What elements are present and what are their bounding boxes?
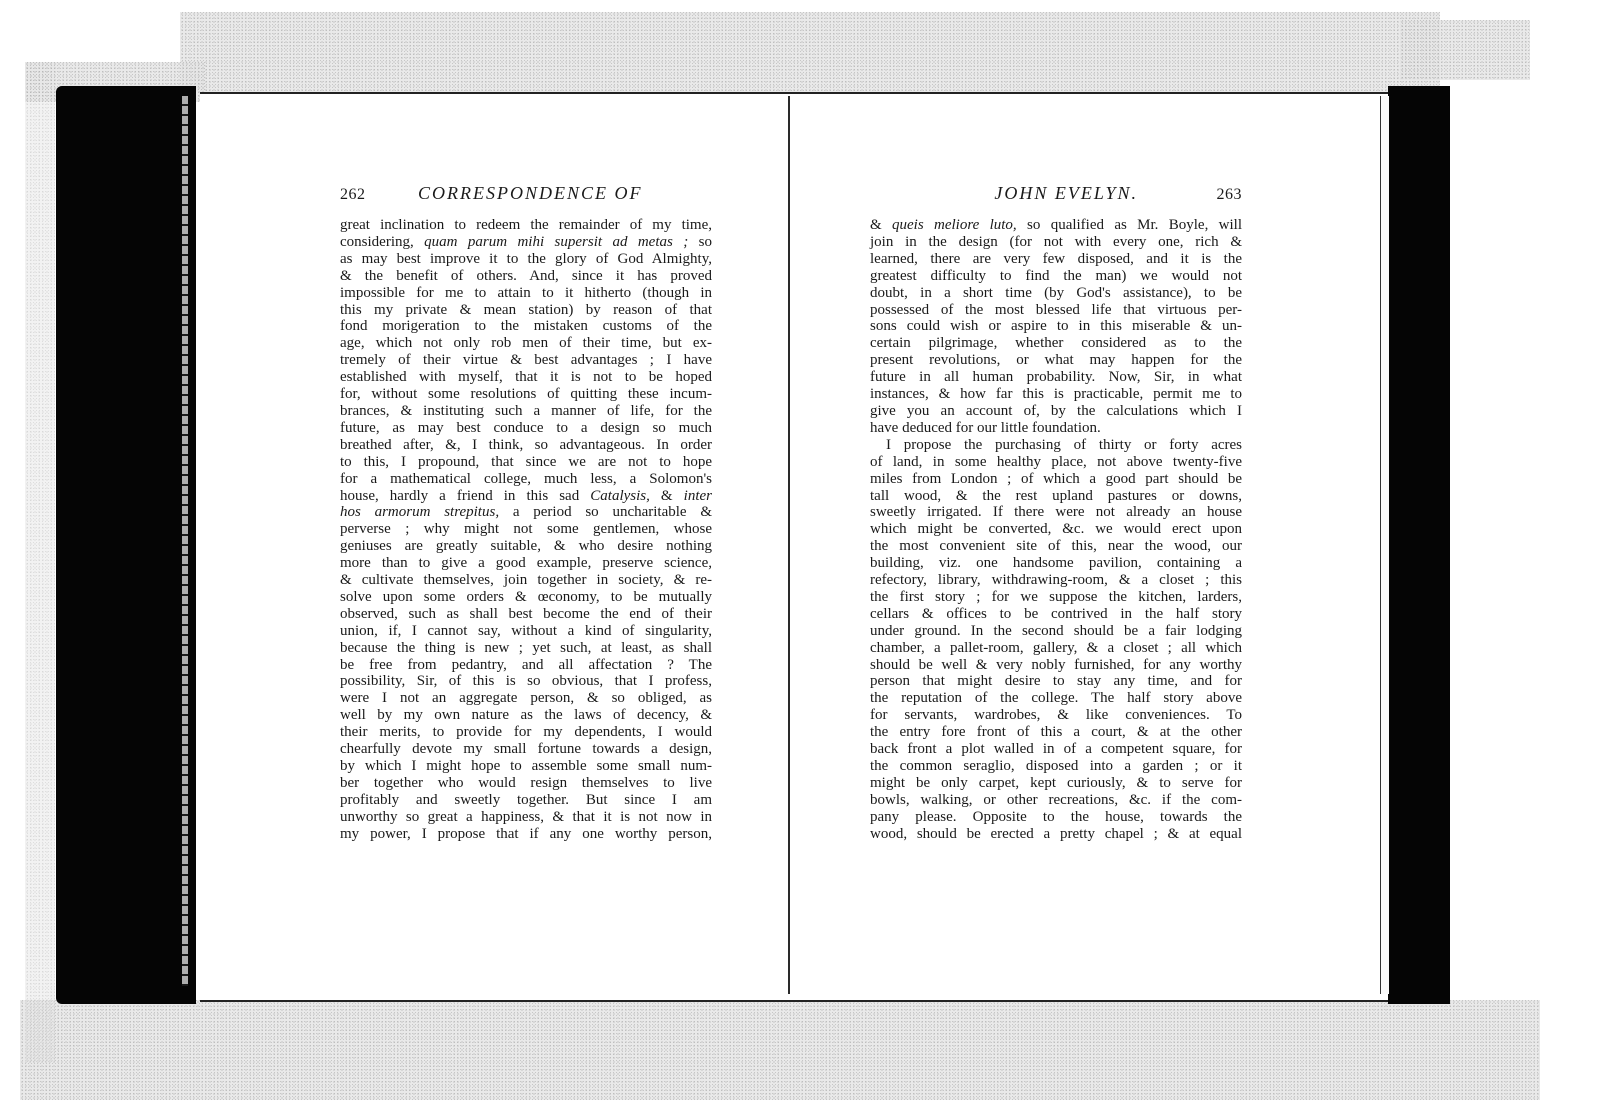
text-line: the reputation of the college. The half … [870, 690, 1242, 707]
text-line: solve upon some orders & œconomy, to be … [340, 589, 712, 606]
text-line: more than to give a good example, preser… [340, 555, 712, 572]
scan-background-top [180, 12, 1440, 92]
text-line: their merits, to provide for my dependen… [340, 724, 712, 741]
book-cover-left [56, 86, 196, 1004]
right-running-head: JOHN EVELYN. 263 [870, 183, 1242, 207]
text-line: to this, I propound, that since we are n… [340, 454, 712, 471]
text-line: this my private & mean station) by reaso… [340, 302, 712, 319]
text-line: have deduced for our little foundation. [870, 420, 1242, 437]
text-line: bowls, walking, or other recreations, &c… [870, 792, 1242, 809]
text-line: back front a plot walled in of a compete… [870, 741, 1242, 758]
text-line: & the benefit of others. And, since it h… [340, 268, 712, 285]
text-line: established with myself, that it is not … [340, 369, 712, 386]
text-line: wood, should be erected a pretty chapel … [870, 826, 1242, 843]
running-head-title: CORRESPONDENCE OF [418, 183, 643, 204]
text-line: breathed after, &, I think, so advantage… [340, 437, 712, 454]
text-line: refectory, library, withdrawing-room, & … [870, 572, 1242, 589]
running-head-title: JOHN EVELYN. [994, 183, 1138, 204]
text-line: the first story ; for we suppose the kit… [870, 589, 1242, 606]
text-line: house, hardly a friend in this sad Catal… [340, 488, 712, 505]
text-line: perverse ; why might not some gentlemen,… [340, 521, 712, 538]
text-line: & cultivate themselves, join together in… [340, 572, 712, 589]
left-page: 262 CORRESPONDENCE OF great inclination … [340, 183, 712, 843]
text-line: the entry fore front of this a court, & … [870, 724, 1242, 741]
text-line: geniuses are greatly suitable, & who des… [340, 538, 712, 555]
text-line: & queis meliore luto, so qualified as Mr… [870, 217, 1242, 234]
left-running-head: 262 CORRESPONDENCE OF [340, 183, 712, 207]
text-line: which might be converted, &c. we would e… [870, 521, 1242, 538]
text-line: chamber, a pallet-room, gallery, & a clo… [870, 640, 1242, 657]
text-line: considering, quam parum mihi supersit ad… [340, 234, 712, 251]
text-line: fond morigeration to the mistaken custom… [340, 318, 712, 335]
text-line: ber together who would resign themselves… [340, 775, 712, 792]
text-line: for, without some resolutions of quittin… [340, 386, 712, 403]
text-line: possessed of the most blessed life that … [870, 302, 1242, 319]
text-line: my power, I propose that if any one wort… [340, 826, 712, 843]
text-line: might be only carpet, kept curiously, & … [870, 775, 1242, 792]
text-line: future in all human probability. Now, Si… [870, 369, 1242, 386]
text-line: chearfully devote my small fortune towar… [340, 741, 712, 758]
text-line: were I not an aggregate person, & so obl… [340, 690, 712, 707]
scan-background-bottom [20, 1000, 1540, 1100]
text-line: age, which not only rob men of their tim… [340, 335, 712, 352]
text-line: impossible for me to attain to it hither… [340, 285, 712, 302]
text-line: doubt, in a short time (by God's assista… [870, 285, 1242, 302]
text-line: possibility, Sir, of this is so obvious,… [340, 673, 712, 690]
text-line: pany please. Opposite to the house, towa… [870, 809, 1242, 826]
text-line: the most convenient site of this, near t… [870, 538, 1242, 555]
text-line: I propose the purchasing of thirty or fo… [870, 437, 1242, 454]
page-edges-right [1380, 96, 1389, 994]
text-line: hos armorum strepitus, a period so uncha… [340, 504, 712, 521]
text-line: should be well & very nobly furnished, f… [870, 657, 1242, 674]
text-line: because the thing is new ; yet such, at … [340, 640, 712, 657]
text-line: brances, & instituting such a manner of … [340, 403, 712, 420]
text-line: the common seraglio, disposed into a gar… [870, 758, 1242, 775]
left-body-text: great inclination to redeem the remainde… [340, 217, 712, 843]
text-line: great inclination to redeem the remainde… [340, 217, 712, 234]
scan-background-top-right [1400, 20, 1530, 80]
page-number: 263 [1214, 186, 1242, 204]
text-line: observed, such as shall best become the … [340, 606, 712, 623]
text-line: for servants, wardrobes, & like convenie… [870, 707, 1242, 724]
text-line: person that might desire to stay any tim… [870, 673, 1242, 690]
text-line: as may best improve it to the glory of G… [340, 251, 712, 268]
text-line: tall wood, & the rest upland pastures or… [870, 488, 1242, 505]
text-line: sons could wish or aspire to in this mis… [870, 318, 1242, 335]
page-number: 262 [340, 186, 418, 204]
text-line: future, as may best conduce to a design … [340, 420, 712, 437]
text-line: unworthy so great a happiness, & that it… [340, 809, 712, 826]
text-line: profitably and sweetly together. But sin… [340, 792, 712, 809]
right-body-text: & queis meliore luto, so qualified as Mr… [870, 217, 1242, 843]
text-line: give you an account of, by the calculati… [870, 403, 1242, 420]
text-line: tremely of their virtue & best advantage… [340, 352, 712, 369]
text-line: join in the design (for not with every o… [870, 234, 1242, 251]
book-cover-right [1388, 86, 1450, 1004]
text-line: of land, in some healthy place, not abov… [870, 454, 1242, 471]
text-line: greatest difficulty to find the man) we … [870, 268, 1242, 285]
text-line: learned, there are very few disposed, an… [870, 251, 1242, 268]
text-line: by which I might hope to assemble some s… [340, 758, 712, 775]
text-line: present revolutions, or what may happen … [870, 352, 1242, 369]
text-line: cellars & offices to be contrived in the… [870, 606, 1242, 623]
text-line: sweetly irrigated. If there were not alr… [870, 504, 1242, 521]
text-line: for a mathematical college, much less, a… [340, 471, 712, 488]
book-gutter [788, 96, 790, 994]
text-line: certain pilgrimage, whether considered a… [870, 335, 1242, 352]
text-line: well by my own nature as the laws of dec… [340, 707, 712, 724]
right-page: JOHN EVELYN. 263 & queis meliore luto, s… [870, 183, 1242, 843]
text-line: instances, & how far this is practicable… [870, 386, 1242, 403]
text-line: be free from pedantry, and all affectati… [340, 657, 712, 674]
text-line: building, viz. one handsome pavilion, co… [870, 555, 1242, 572]
text-line: under ground. In the second should be a … [870, 623, 1242, 640]
scan-background-left [25, 62, 55, 1062]
text-line: union, if, I cannot say, without a kind … [340, 623, 712, 640]
text-line: miles from London ; of which a good part… [870, 471, 1242, 488]
